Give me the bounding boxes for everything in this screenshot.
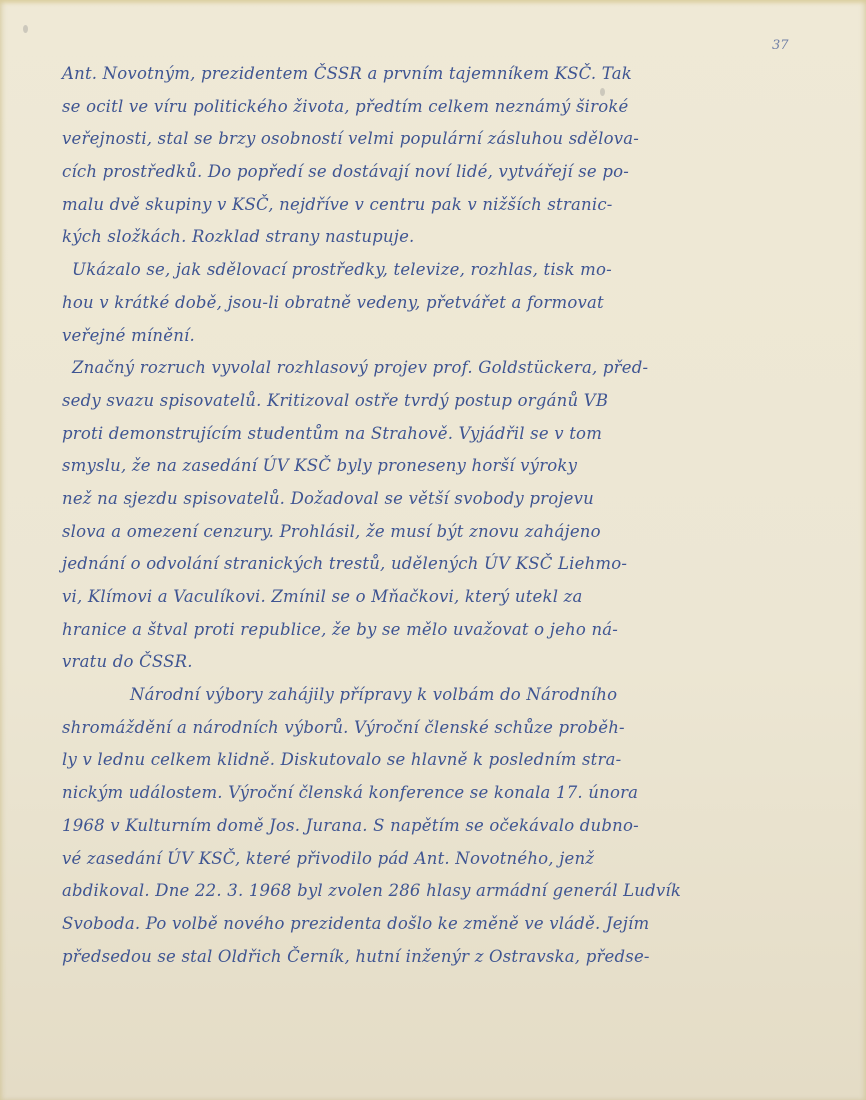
paragraph-start-line: Národní výbory zahájily přípravy k volbá… <box>62 679 782 712</box>
paragraph-start-line: Značný rozruch vyvolal rozhlasový projev… <box>62 352 782 385</box>
text-line: ly v lednu celkem klidně. Diskutovalo se… <box>62 744 782 777</box>
text-line: slova a omezení cenzury. Prohlásil, že m… <box>62 516 782 549</box>
text-line: Ant. Novotným, prezidentem ČSSR a prvním… <box>62 58 782 91</box>
text-line: smyslu, že na zasedání ÚV KSČ byly prone… <box>62 450 782 483</box>
text-line: malu dvě skupiny v KSČ, nejdříve v centr… <box>62 189 782 222</box>
text-line: 1968 v Kulturním domě Jos. Jurana. S nap… <box>62 810 782 843</box>
text-line: hranice a štval proti republice, že by s… <box>62 614 782 647</box>
text-line: nickým událostem. Výroční členská konfer… <box>62 777 782 810</box>
text-line: cích prostředků. Do popředí se dostávají… <box>62 156 782 189</box>
text-line: předsedou se stal Oldřich Černík, hutní … <box>62 941 782 974</box>
text-line: vi, Klímovi a Vaculíkovi. Zmínil se o Mň… <box>62 581 782 614</box>
text-line: proti demonstrujícím studentům na Straho… <box>62 418 782 451</box>
manuscript-page: 37 Ant. Novotným, prezidentem ČSSR a prv… <box>0 0 866 1100</box>
text-line: shromáždění a národních výborů. Výroční … <box>62 712 782 745</box>
page-number: 37 <box>772 38 789 53</box>
text-line: jednání o odvolání stranických trestů, u… <box>62 548 782 581</box>
paragraph-start-line: Ukázalo se, jak sdělovací prostředky, te… <box>62 254 782 287</box>
text-line: vratu do ČSSR. <box>62 646 782 679</box>
text-line: veřejnosti, stal se brzy osobností velmi… <box>62 123 782 156</box>
text-line: než na sjezdu spisovatelů. Dožadoval se … <box>62 483 782 516</box>
text-line: abdikoval. Dne 22. 3. 1968 byl zvolen 28… <box>62 875 782 908</box>
text-line: Svoboda. Po volbě nového prezidenta došl… <box>62 908 782 941</box>
handwritten-text-block: Ant. Novotným, prezidentem ČSSR a prvním… <box>62 58 782 973</box>
text-line: hou v krátké době, jsou-li obratně veden… <box>62 287 782 320</box>
text-line: kých složkách. Rozklad strany nastupuje. <box>62 221 782 254</box>
text-line: veřejné mínění. <box>62 320 782 353</box>
ink-smudge <box>23 25 28 33</box>
text-line: sedy svazu spisovatelů. Kritizoval ostře… <box>62 385 782 418</box>
text-line: se ocitl ve víru politického života, pře… <box>62 91 782 124</box>
text-line: vé zasedání ÚV KSČ, které přivodilo pád … <box>62 843 782 876</box>
